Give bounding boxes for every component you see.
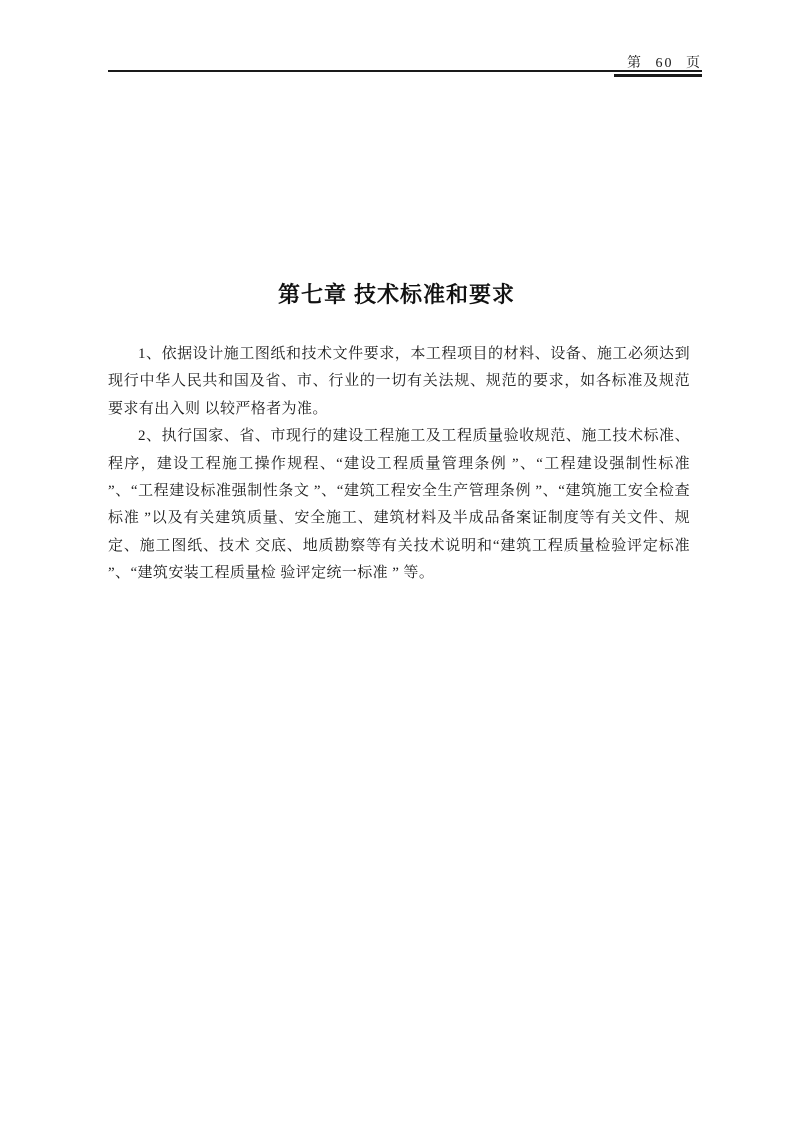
page-number: 第 60 页 [627,52,702,72]
document-body: 1、依据设计施工图纸和技术文件要求，本工程项目的材料、设备、施工必须达到现行中华… [108,341,690,588]
paragraph-2: 2、执行国家、省、市现行的建设工程施工及工程质量验收规范、施工技术标准、程序，建… [108,423,690,587]
chapter-title: 第七章 技术标准和要求 [0,278,793,309]
document-page: 第 60 页 第七章 技术标准和要求 1、依据设计施工图纸和技术文件要求，本工程… [0,0,793,1122]
header-rule [108,70,702,72]
paragraph-1: 1、依据设计施工图纸和技术文件要求，本工程项目的材料、设备、施工必须达到现行中华… [108,341,690,423]
page-number-underline [614,74,702,77]
